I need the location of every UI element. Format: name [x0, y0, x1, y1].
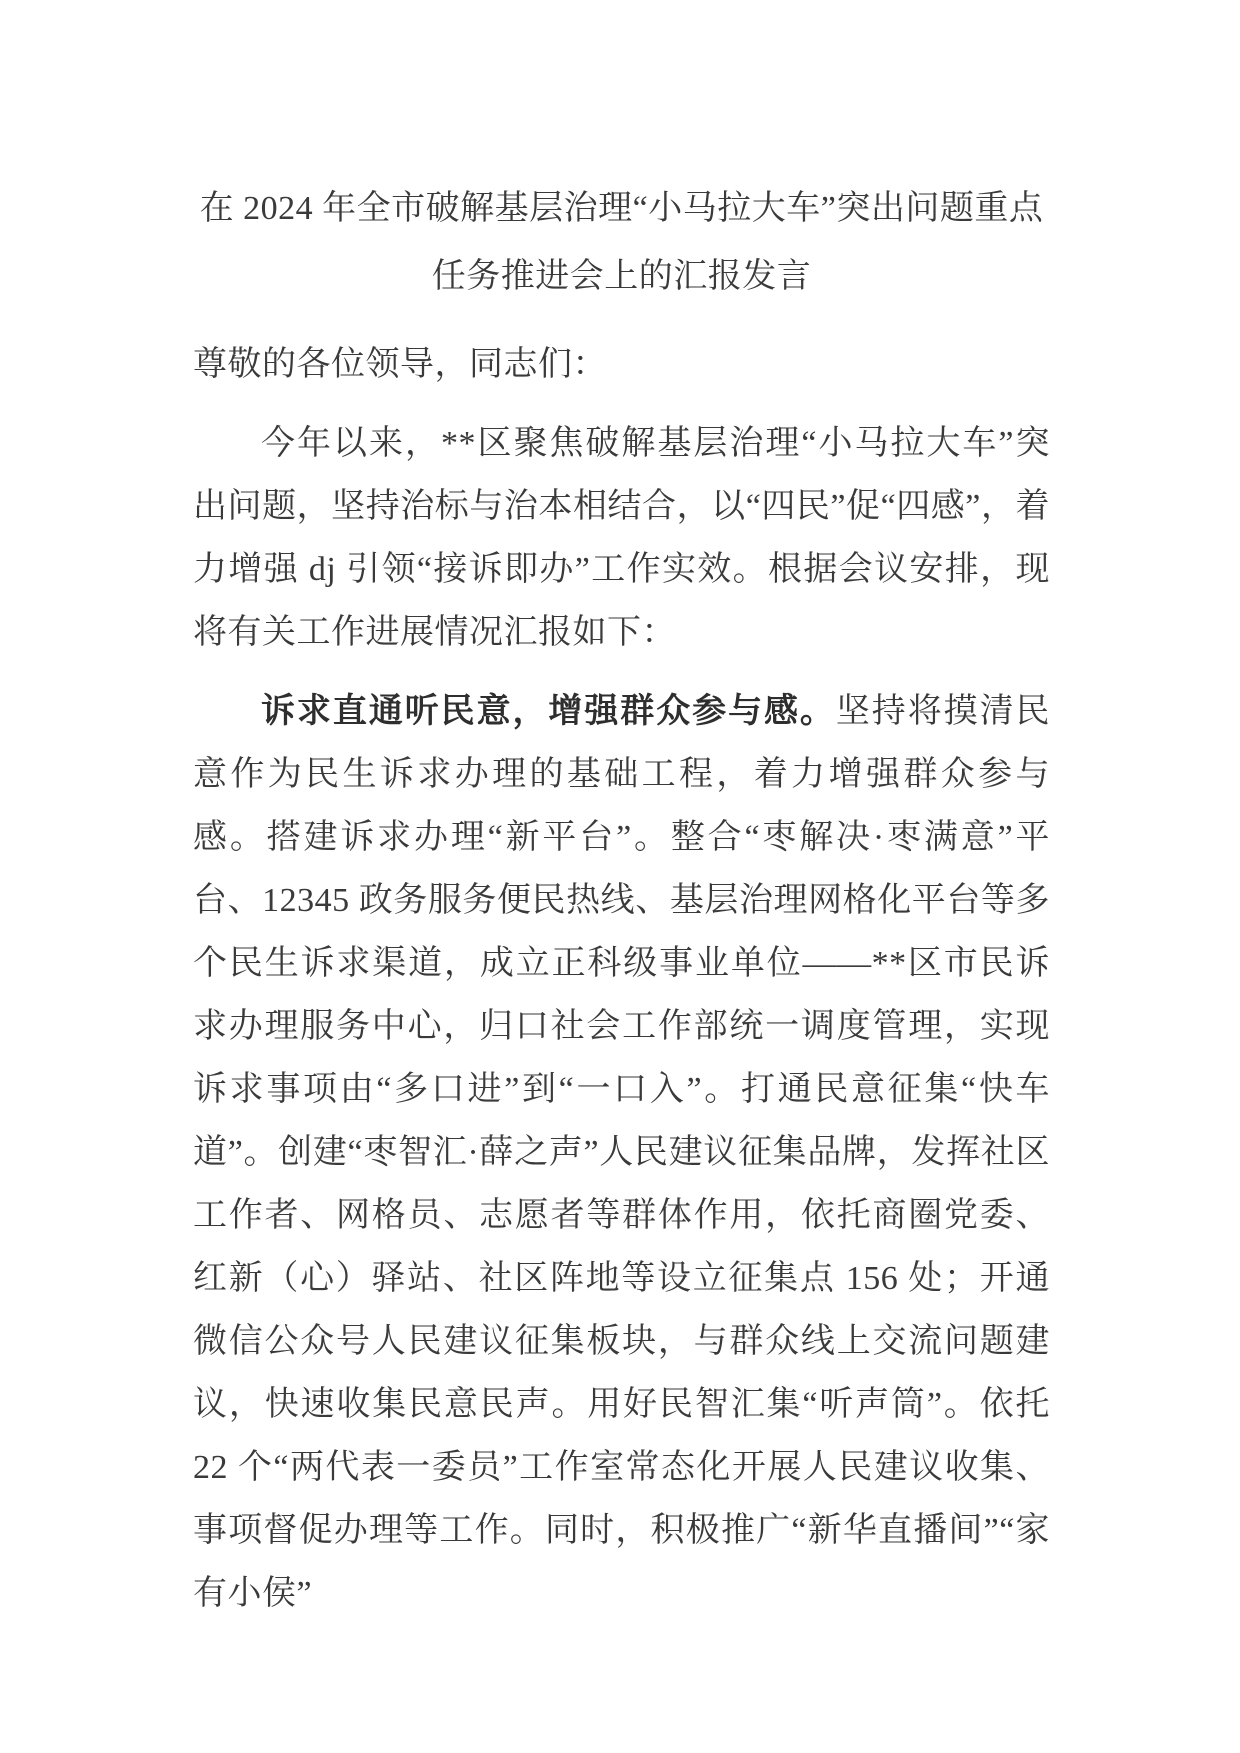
text-run: 今年以来，**区聚焦破解基层治理“小马拉大车”突出问题，坚持治标与治本相结合，以…	[193, 425, 1050, 651]
paragraph: 诉求直通听民意，增强群众参与感。坚持将摸清民意作为民生诉求办理的基础工程，着力增…	[193, 680, 1050, 1625]
paragraph: 今年以来，**区聚焦破解基层治理“小马拉大车”突出问题，坚持治标与治本相结合，以…	[193, 412, 1050, 664]
text-run: 坚持将摸清民意作为民生诉求办理的基础工程，着力增强群众参与感。搭建诉求办理“新平…	[193, 693, 1050, 1612]
document-title-line: 在 2024 年全市破解基层治理“小马拉大车”突出问题重点	[193, 175, 1050, 243]
document-body: 今年以来，**区聚焦破解基层治理“小马拉大车”突出问题，坚持治标与治本相结合，以…	[193, 412, 1050, 1625]
text-run: 诉求直通听民意，增强群众参与感。	[261, 692, 836, 730]
document-title: 在 2024 年全市破解基层治理“小马拉大车”突出问题重点任务推进会上的汇报发言	[193, 175, 1050, 311]
document-page: 在 2024 年全市破解基层治理“小马拉大车”突出问题重点任务推进会上的汇报发言…	[0, 0, 1240, 1753]
document-title-line: 任务推进会上的汇报发言	[193, 243, 1050, 311]
salutation: 尊敬的各位领导，同志们：	[193, 333, 1050, 396]
